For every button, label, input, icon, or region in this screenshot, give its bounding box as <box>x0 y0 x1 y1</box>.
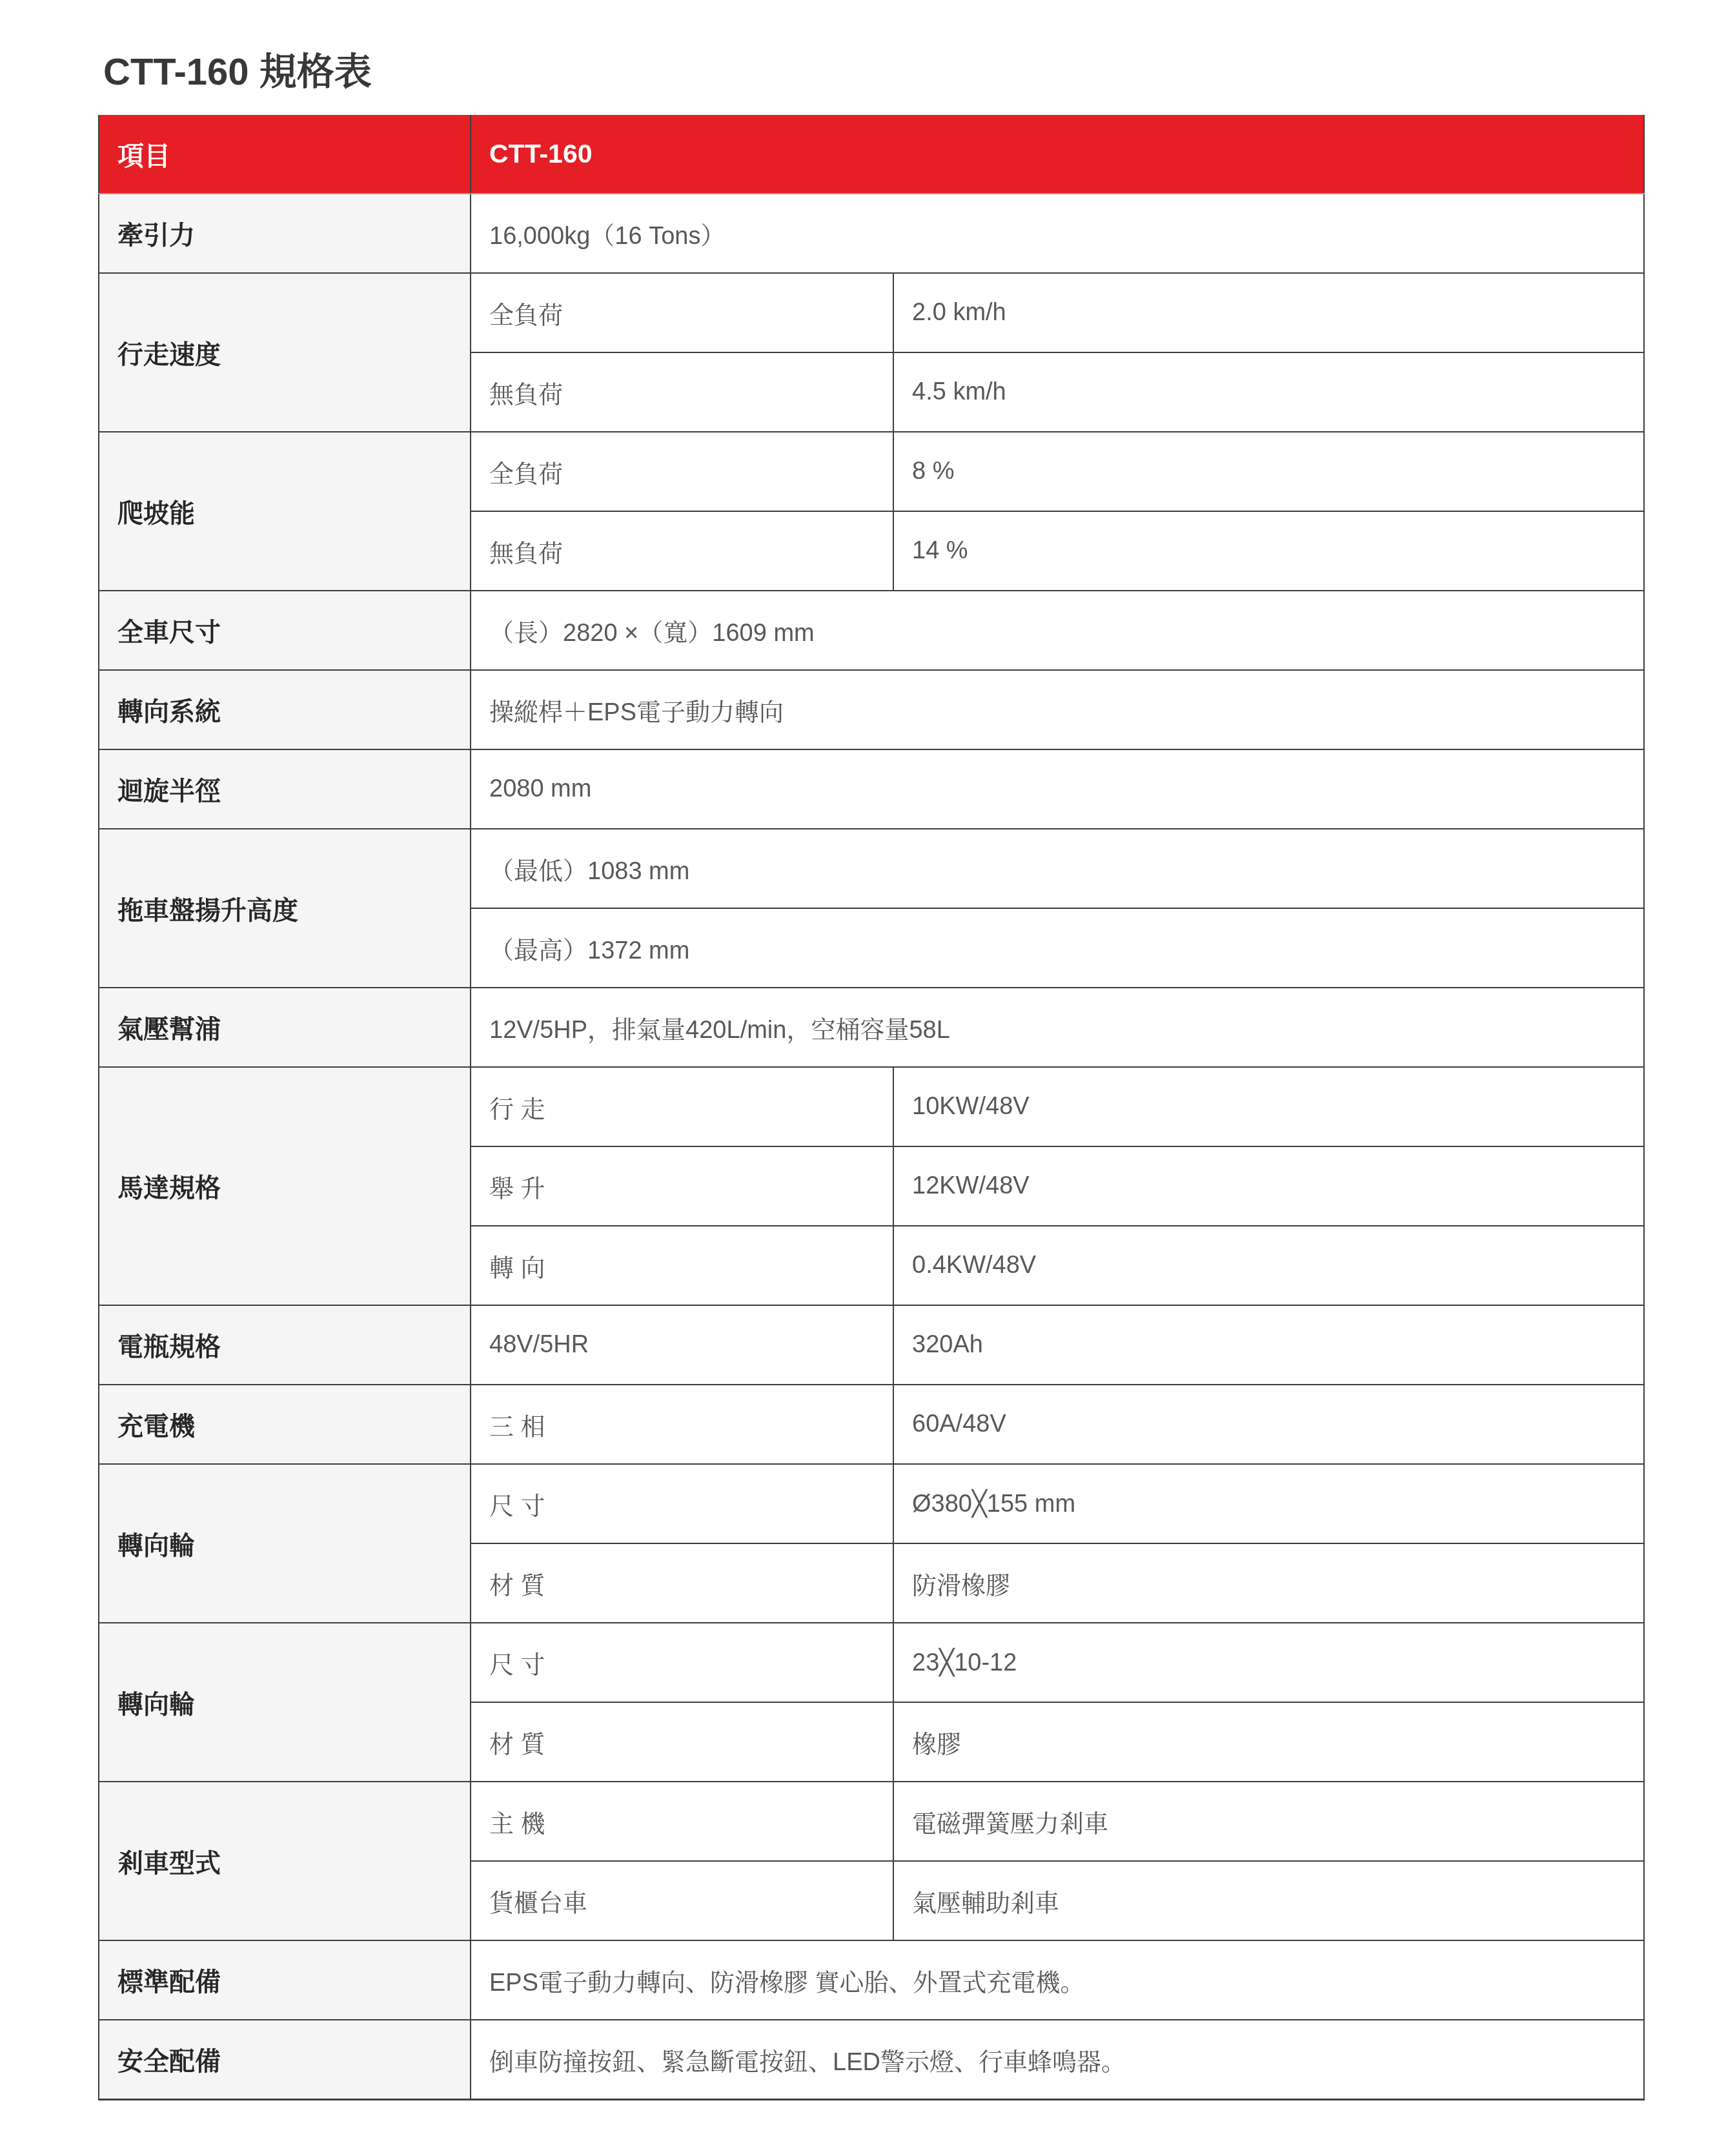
safety-equipment-label: 安全配備 <box>99 2020 471 2099</box>
charger-phase: 三 相 <box>471 1385 893 1464</box>
gradeability-sub-label: 全負荷 <box>471 432 893 511</box>
standard-equipment-label: 標準配備 <box>99 1940 471 2020</box>
header-model-cell: CTT-160 <box>471 115 1644 194</box>
row-steering-system: 轉向系統 操縱桿＋EPS電子動力轉向 <box>99 670 1644 749</box>
motor-sub-label: 行 走 <box>471 1067 893 1146</box>
steering-wheel-1-sub-label: 材 質 <box>471 1543 893 1623</box>
steering-wheel-2-label: 轉向輪 <box>99 1623 471 1782</box>
dimensions-label: 全車尺寸 <box>99 591 471 670</box>
motor-lift-value: 12KW/48V <box>893 1146 1644 1226</box>
header-row: 項目 CTT-160 <box>99 115 1644 194</box>
steering-wheel-1-label: 轉向輪 <box>99 1464 471 1623</box>
header-item-cell: 項目 <box>99 115 471 194</box>
travel-speed-full-load-value: 2.0 km/h <box>893 273 1644 352</box>
row-steering-wheel-1-size: 轉向輪 尺 寸 Ø380╳155 mm <box>99 1464 1644 1543</box>
gradeability-full-load-value: 8 % <box>893 432 1644 511</box>
page-title: CTT-160 規格表 <box>103 50 1726 94</box>
steering-wheel-1-material-value: 防滑橡膠 <box>893 1543 1644 1623</box>
turning-radius-value: 2080 mm <box>471 749 1644 829</box>
traction-label: 牽引力 <box>99 194 471 273</box>
gradeability-no-load-value: 14 % <box>893 511 1644 591</box>
steering-system-value: 操縱桿＋EPS電子動力轉向 <box>471 670 1644 749</box>
standard-equipment-value: EPS電子動力轉向、防滑橡膠 實心胎、外置式充電機。 <box>471 1940 1644 2020</box>
row-gradeability-full-load: 爬坡能 全負荷 8 % <box>99 432 1644 511</box>
row-standard-equipment: 標準配備 EPS電子動力轉向、防滑橡膠 實心胎、外置式充電機。 <box>99 1940 1644 2020</box>
row-lift-height-min: 拖車盤揚升高度 （最低）1083 mm <box>99 829 1644 908</box>
dimensions-value: （長）2820 ×（寬）1609 mm <box>471 591 1644 670</box>
row-travel-speed-full-load: 行走速度 全負荷 2.0 km/h <box>99 273 1644 352</box>
steering-wheel-2-sub-label: 尺 寸 <box>471 1623 893 1702</box>
air-pump-value: 12V/5HP，排氣量420L/min，空桶容量58L <box>471 988 1644 1067</box>
brake-trailer-value: 氣壓輔助剎車 <box>893 1861 1644 1940</box>
brake-trailer-sub-label: 貨櫃台車 <box>471 1861 893 1940</box>
battery-spec: 48V/5HR <box>471 1305 893 1385</box>
row-traction: 牽引力 16,000kg（16 Tons） <box>99 194 1644 273</box>
steering-wheel-2-material-value: 橡膠 <box>893 1702 1644 1782</box>
gradeability-label: 爬坡能 <box>99 432 471 591</box>
travel-speed-no-load-value: 4.5 km/h <box>893 352 1644 432</box>
row-air-pump: 氣壓幫浦 12V/5HP，排氣量420L/min，空桶容量58L <box>99 988 1644 1067</box>
travel-speed-label: 行走速度 <box>99 273 471 432</box>
lift-height-max-value: （最高）1372 mm <box>471 908 1644 988</box>
motor-label: 馬達規格 <box>99 1067 471 1305</box>
traction-value: 16,000kg（16 Tons） <box>471 194 1644 273</box>
row-brake-main: 剎車型式 主 機 電磁彈簧壓力剎車 <box>99 1782 1644 1861</box>
brake-main-sub-label: 主 機 <box>471 1782 893 1861</box>
travel-speed-sub-label: 全負荷 <box>471 273 893 352</box>
battery-label: 電瓶規格 <box>99 1305 471 1385</box>
battery-capacity: 320Ah <box>893 1305 1644 1385</box>
motor-travel-value: 10KW/48V <box>893 1067 1644 1146</box>
gradeability-sub-label: 無負荷 <box>471 511 893 591</box>
row-steering-wheel-2-size: 轉向輪 尺 寸 23╳10-12 <box>99 1623 1644 1702</box>
row-battery: 電瓶規格 48V/5HR 320Ah <box>99 1305 1644 1385</box>
brake-main-value: 電磁彈簧壓力剎車 <box>893 1782 1644 1861</box>
motor-steering-value: 0.4KW/48V <box>893 1226 1644 1305</box>
motor-sub-label: 轉 向 <box>471 1226 893 1305</box>
steering-wheel-2-size-value: 23╳10-12 <box>893 1623 1644 1702</box>
steering-wheel-2-sub-label: 材 質 <box>471 1702 893 1782</box>
spec-table: 項目 CTT-160 牽引力 16,000kg（16 Tons） 行走速度 全負… <box>98 115 1645 2100</box>
steering-wheel-1-size-value: Ø380╳155 mm <box>893 1464 1644 1543</box>
charger-label: 充電機 <box>99 1385 471 1464</box>
row-turning-radius: 迴旋半徑 2080 mm <box>99 749 1644 829</box>
motor-sub-label: 舉 升 <box>471 1146 893 1226</box>
air-pump-label: 氣壓幫浦 <box>99 988 471 1067</box>
steering-system-label: 轉向系統 <box>99 670 471 749</box>
charger-output: 60A/48V <box>893 1385 1644 1464</box>
row-motor-travel: 馬達規格 行 走 10KW/48V <box>99 1067 1644 1146</box>
row-safety-equipment: 安全配備 倒車防撞按鈕、緊急斷電按鈕、LED警示燈、行車蜂鳴器。 <box>99 2020 1644 2099</box>
lift-height-min-value: （最低）1083 mm <box>471 829 1644 908</box>
steering-wheel-1-sub-label: 尺 寸 <box>471 1464 893 1543</box>
travel-speed-sub-label: 無負荷 <box>471 352 893 432</box>
safety-equipment-value: 倒車防撞按鈕、緊急斷電按鈕、LED警示燈、行車蜂鳴器。 <box>471 2020 1644 2099</box>
turning-radius-label: 迴旋半徑 <box>99 749 471 829</box>
spec-page: CTT-160 規格表 項目 CTT-160 牽引力 16,000kg（16 T… <box>0 0 1726 2100</box>
lift-height-label: 拖車盤揚升高度 <box>99 829 471 988</box>
row-dimensions: 全車尺寸 （長）2820 ×（寬）1609 mm <box>99 591 1644 670</box>
brake-type-label: 剎車型式 <box>99 1782 471 1940</box>
row-charger: 充電機 三 相 60A/48V <box>99 1385 1644 1464</box>
